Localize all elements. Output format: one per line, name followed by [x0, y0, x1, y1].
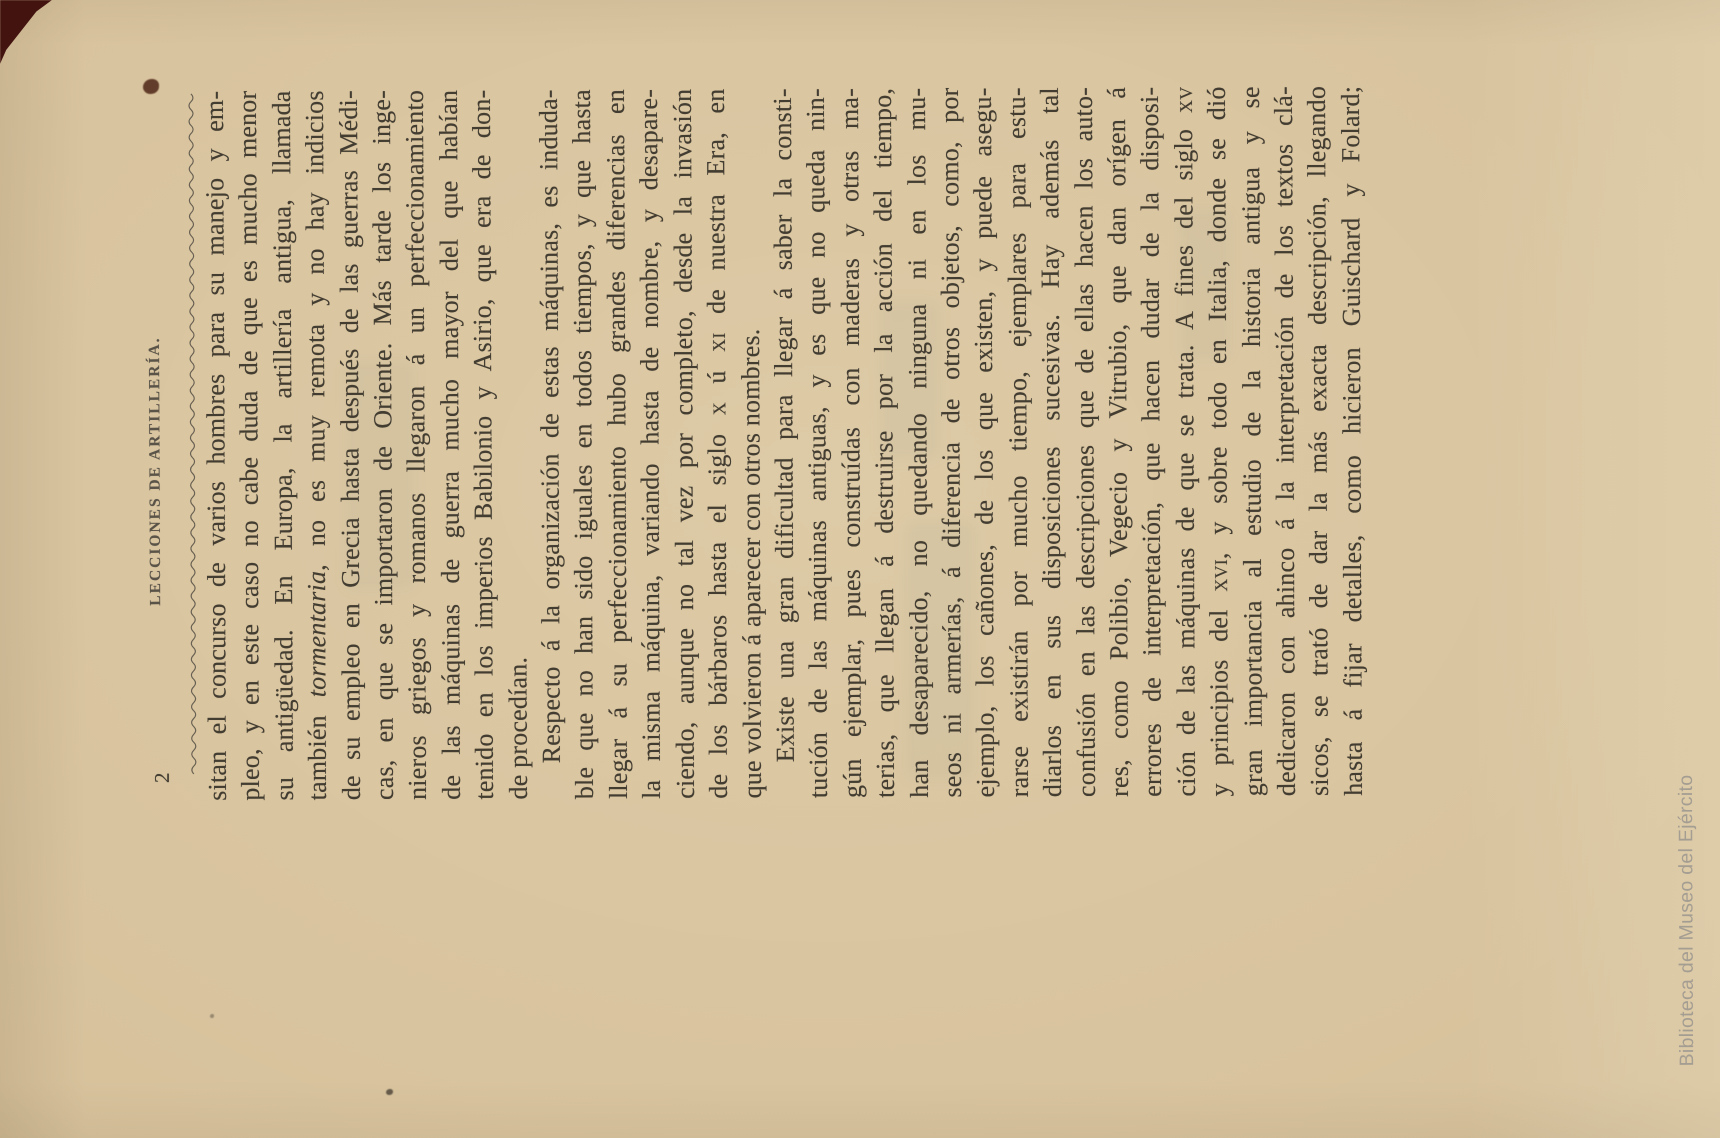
text-segment: ejemplo, los cañones, de los que existen… — [968, 87, 1000, 797]
wavy-rule — [186, 91, 199, 775]
text-line: y principios del xvi, y sobre todo en It… — [1200, 86, 1237, 796]
text-segment: x — [702, 402, 731, 415]
text-line: errores de interpretación, que hacen dud… — [1133, 87, 1170, 797]
text-line: ciendo, aunque no tal vez por completo, … — [666, 89, 703, 799]
text-line: que volvieron á aparecer con otros nombr… — [732, 88, 769, 798]
text-block: sitan el concurso de varios hombres para… — [198, 86, 1370, 801]
text-line: tenido en los imperios Babilonio y Asiri… — [465, 90, 502, 800]
text-segment: xv — [1169, 87, 1198, 114]
paper-speck — [386, 1089, 393, 1095]
library-watermark: Biblioteca del Museo del Ejército — [1675, 775, 1699, 1067]
text-segment: xi — [702, 332, 731, 352]
text-segment: tormentaria, — [302, 564, 332, 697]
text-segment: han desaparecido, no quedando ninguna ni… — [901, 88, 933, 798]
text-line: nieros griegos y romanos llegaron á un p… — [398, 90, 435, 800]
text-line: su antigüedad. En Europa, la artillería … — [265, 90, 302, 800]
text-line: han desaparecido, no quedando ninguna ni… — [899, 88, 936, 798]
text-line: rarse existirán por mucho tiempo, ejempl… — [1000, 87, 1037, 797]
text-line: también tormentaria, no es muy remota y … — [298, 90, 335, 800]
text-segment: ción de las máquinas de que se trata. A … — [1169, 113, 1201, 797]
text-segment: terias, que llegan á destruirse por la a… — [868, 88, 900, 798]
text-segment: dedicaron con ahinco á la interpretación… — [1269, 86, 1301, 796]
text-line: cas, en que se importaron de Oriente. Má… — [365, 90, 402, 800]
text-segment: Existe una gran dificultad para llegar á… — [768, 88, 800, 762]
text-segment: seos ni armerías, á diferencia de otros … — [935, 88, 967, 798]
text-segment: nieros griegos y romanos llegaron á un p… — [400, 90, 432, 800]
text-line: gran importancia al estudio de la histor… — [1233, 86, 1270, 796]
text-line: Existe una gran dificultad para llegar á… — [766, 88, 803, 798]
text-line: diarlos en sus disposiciones sucesivas. … — [1033, 87, 1070, 797]
text-line: ción de las máquinas de que se trata. A … — [1167, 87, 1204, 797]
text-segment: de su empleo en Grecia hasta después de … — [334, 90, 366, 800]
paper-speck — [143, 79, 159, 94]
text-segment: pleo, y en este caso no cabe duda de que… — [233, 91, 265, 801]
text-segment: de procedían. — [503, 657, 533, 800]
text-segment: confusión en las descripciones que de el… — [1068, 87, 1100, 797]
text-line: tución de las máquinas antiguas, y es qu… — [799, 88, 836, 798]
text-segment: errores de interpretación, que hacen dud… — [1135, 87, 1167, 797]
text-segment: sicos, se trató de dar la más exacta des… — [1302, 86, 1334, 796]
text-segment: tución de las máquinas antiguas, y es qu… — [801, 88, 833, 798]
text-segment: la misma máquina, variando hasta de nomb… — [634, 89, 666, 799]
text-line: confusión en las descripciones que de el… — [1066, 87, 1103, 797]
text-segment: diarlos en sus disposiciones sucesivas. … — [1035, 87, 1067, 797]
text-line: ejemplo, los cañones, de los que existen… — [966, 87, 1003, 797]
text-segment: cas, en que se importaron de Oriente. Má… — [367, 90, 399, 800]
scan-canvas: 2 LECCIONES DE ARTILLERÍA. sitan el conc… — [0, 0, 1720, 1138]
text-segment: ble que no han sido iguales en todos tie… — [567, 89, 599, 799]
text-segment: res, como Polibio, Vegecio y Vitrubio, q… — [1102, 87, 1134, 797]
text-line: Respecto á la organización de estas máqu… — [532, 89, 569, 799]
text-segment: ú — [702, 352, 731, 402]
text-line: terias, que llegan á destruirse por la a… — [866, 88, 903, 798]
text-line: sicos, se trató de dar la más exacta des… — [1300, 86, 1337, 796]
book-page: 2 LECCIONES DE ARTILLERÍA. sitan el conc… — [0, 0, 1720, 1138]
text-segment: ciendo, aunque no tal vez por completo, … — [668, 89, 700, 799]
text-line: sitan el concurso de varios hombres para… — [198, 91, 235, 801]
text-line: seos ni armerías, á diferencia de otros … — [933, 88, 970, 798]
text-segment: de las máquinas de guerra mucho mayor de… — [434, 90, 466, 800]
text-segment: de los bárbaros hasta el siglo — [702, 415, 733, 798]
text-segment: sitan el concurso de varios hombres para… — [200, 91, 232, 801]
text-line: dedicaron con ahinco á la interpretación… — [1267, 86, 1304, 796]
text-segment: gún ejemplar, pues construídas con mader… — [835, 88, 867, 798]
text-segment: rarse existirán por mucho tiempo, ejempl… — [1002, 87, 1034, 797]
running-header: LECCIONES DE ARTILLERÍA. — [145, 141, 166, 801]
text-segment: , y sobre todo en Italia, donde se dió — [1202, 86, 1233, 559]
text-line: pleo, y en este caso no cabe duda de que… — [231, 91, 268, 801]
text-segment: gran importancia al estudio de la histor… — [1235, 86, 1267, 796]
text-line: res, como Polibio, Vegecio y Vitrubio, q… — [1100, 87, 1137, 797]
text-segment: hasta á fijar detalles, como hicieron Gu… — [1336, 86, 1368, 796]
text-segment: Respecto á la organización de estas máqu… — [534, 89, 566, 763]
text-line: de su empleo en Grecia hasta después de … — [332, 90, 369, 800]
text-line: de las máquinas de guerra mucho mayor de… — [432, 90, 469, 800]
text-segment: de nuestra Era, en — [701, 89, 731, 333]
text-line: la misma máquina, variando hasta de nomb… — [632, 89, 669, 799]
paper-speck — [210, 1014, 214, 1018]
text-segment: su antigüedad. En Europa, la artillería … — [267, 90, 299, 800]
text-line: de los bárbaros hasta el siglo x ú xi de… — [699, 89, 736, 799]
text-segment: y principios del — [1204, 592, 1234, 797]
text-line: ble que no han sido iguales en todos tie… — [565, 89, 602, 799]
text-line: de procedían. — [499, 89, 536, 799]
text-line: hasta á fijar detalles, como hicieron Gu… — [1334, 86, 1371, 796]
text-segment: no es muy remota y no hay indicios — [300, 90, 331, 564]
text-line: gún ejemplar, pues construídas con mader… — [833, 88, 870, 798]
text-segment: también — [303, 697, 332, 800]
text-segment: xvi — [1204, 559, 1233, 592]
text-segment: que volvieron á aparecer con otros nombr… — [735, 328, 766, 798]
text-segment: llegar á su perfeccionamiento hubo grand… — [601, 89, 633, 799]
text-segment: tenido en los imperios Babilonio y Asiri… — [467, 90, 499, 800]
text-line: llegar á su perfeccionamiento hubo grand… — [599, 89, 636, 799]
